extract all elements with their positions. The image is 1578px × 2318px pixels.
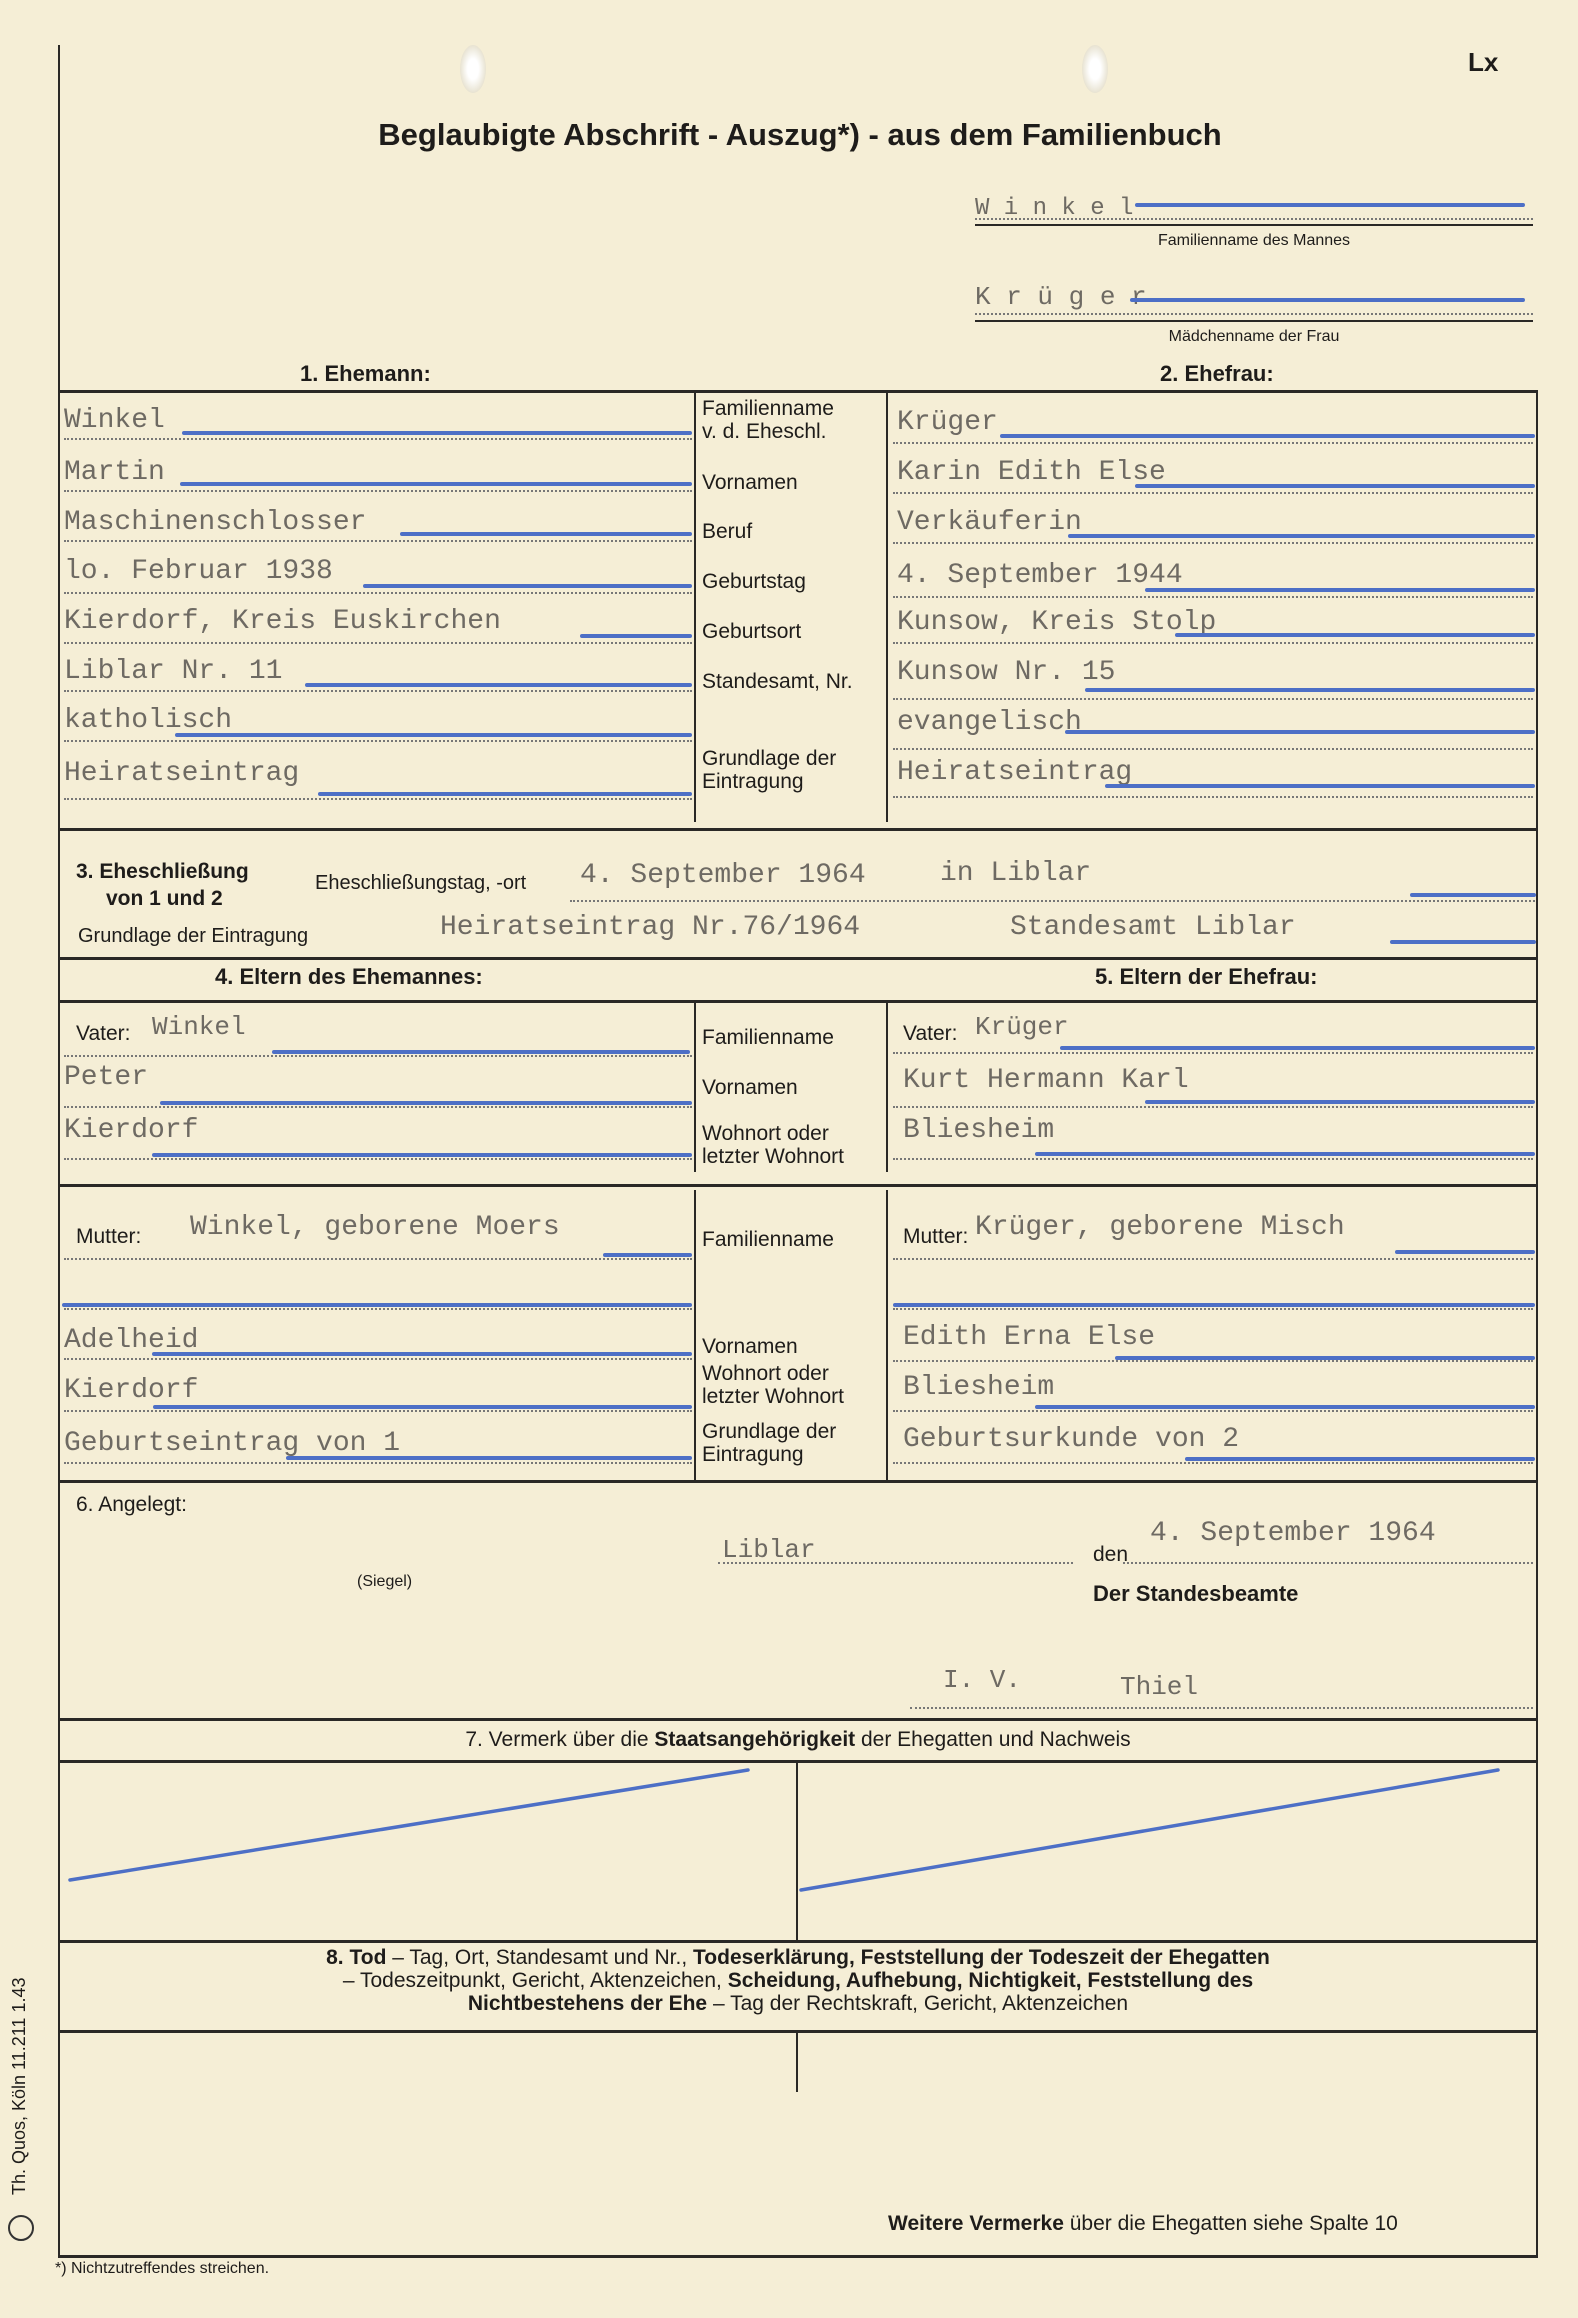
label-basis-of-entry: Grundlage derEintragung bbox=[702, 747, 836, 793]
section6-heading: 6. Angelegt: bbox=[76, 1493, 187, 1516]
corner-mark: Lx bbox=[1468, 48, 1498, 77]
section7-strike-lines bbox=[58, 1762, 1538, 1942]
marriage-date: 4. September 1964 bbox=[580, 860, 866, 891]
frame-bottom bbox=[58, 2255, 1538, 2258]
registrar-signature: Thiel bbox=[1120, 1672, 1198, 1702]
label-mother-first-names: Vornamen bbox=[702, 1335, 798, 1358]
label-registry-number: Standesamt, Nr. bbox=[702, 670, 853, 693]
label-mother-basis: Grundlage derEintragung bbox=[702, 1420, 836, 1466]
marriage-place: in Liblar bbox=[940, 858, 1091, 889]
label-profession: Beruf bbox=[702, 520, 752, 543]
section1-heading: 1. Ehemann: bbox=[300, 362, 431, 386]
printer-logo-icon bbox=[8, 2215, 34, 2241]
wife-maiden-name-label: Mädchenname der Frau bbox=[975, 328, 1533, 346]
label-father-residence: Wohnort oderletzter Wohnort bbox=[702, 1122, 844, 1168]
seal-placeholder: (Siegel) bbox=[357, 1573, 412, 1591]
further-notes: Weitere Vermerke über die Ehegatten sieh… bbox=[888, 2212, 1398, 2235]
marriage-registry: Standesamt Liblar bbox=[1010, 912, 1296, 943]
label-mother-family-name: Familienname bbox=[702, 1228, 834, 1251]
marriage-basis-value: Heiratseintrag Nr.76/1964 bbox=[440, 912, 860, 943]
section8-heading: 8. Tod – Tag, Ort, Standesamt und Nr., T… bbox=[58, 1946, 1538, 2015]
label-first-names: Vornamen bbox=[702, 471, 798, 494]
spouse-col-divider-left bbox=[694, 392, 696, 822]
label-birthplace: Geburtsort bbox=[702, 620, 801, 643]
section5-heading: 5. Eltern der Ehefrau: bbox=[1095, 965, 1318, 989]
section4-heading: 4. Eltern des Ehemannes: bbox=[215, 965, 483, 989]
punch-hole-left bbox=[460, 45, 486, 93]
created-place: Liblar bbox=[722, 1535, 816, 1565]
husband-family-name-label: Familienname des Mannes bbox=[975, 232, 1533, 250]
registrar-title: Der Standesbeamte bbox=[1093, 1582, 1298, 1606]
label-family-name-before-marriage: Familiennamev. d. Eheschl. bbox=[702, 397, 834, 443]
marriage-date-place-label: Eheschließungstag, -ort bbox=[315, 872, 526, 894]
label-mother-residence: Wohnort oderletzter Wohnort bbox=[702, 1362, 844, 1408]
section3-heading: 3. Eheschließung von 1 und 2 bbox=[76, 858, 249, 913]
section2-heading: 2. Ehefrau: bbox=[1160, 362, 1274, 386]
label-father-first-names: Vornamen bbox=[702, 1076, 798, 1099]
marriage-basis-label: Grundlage der Eintragung bbox=[78, 925, 308, 947]
printer-imprint: Th. Quos, Köln 11.211 1.43 bbox=[10, 1978, 30, 2195]
created-date: 4. September 1964 bbox=[1150, 1518, 1436, 1549]
iv-mark: I. V. bbox=[943, 1665, 1021, 1695]
wife-maiden-name: K r ü g e r bbox=[975, 282, 1147, 312]
label-birthdate: Geburtstag bbox=[702, 570, 806, 593]
spouse-col-divider-right bbox=[886, 392, 888, 822]
footnote: *) Nichtzutreffendes streichen. bbox=[55, 2260, 269, 2278]
label-father-family-name: Familienname bbox=[702, 1026, 834, 1049]
punch-hole-right bbox=[1082, 45, 1108, 93]
section7-heading: 7. Vermerk über die Staatsangehörigkeit … bbox=[58, 1728, 1538, 1751]
document-title: Beglaubigte Abschrift - Auszug*) - aus d… bbox=[300, 118, 1300, 152]
